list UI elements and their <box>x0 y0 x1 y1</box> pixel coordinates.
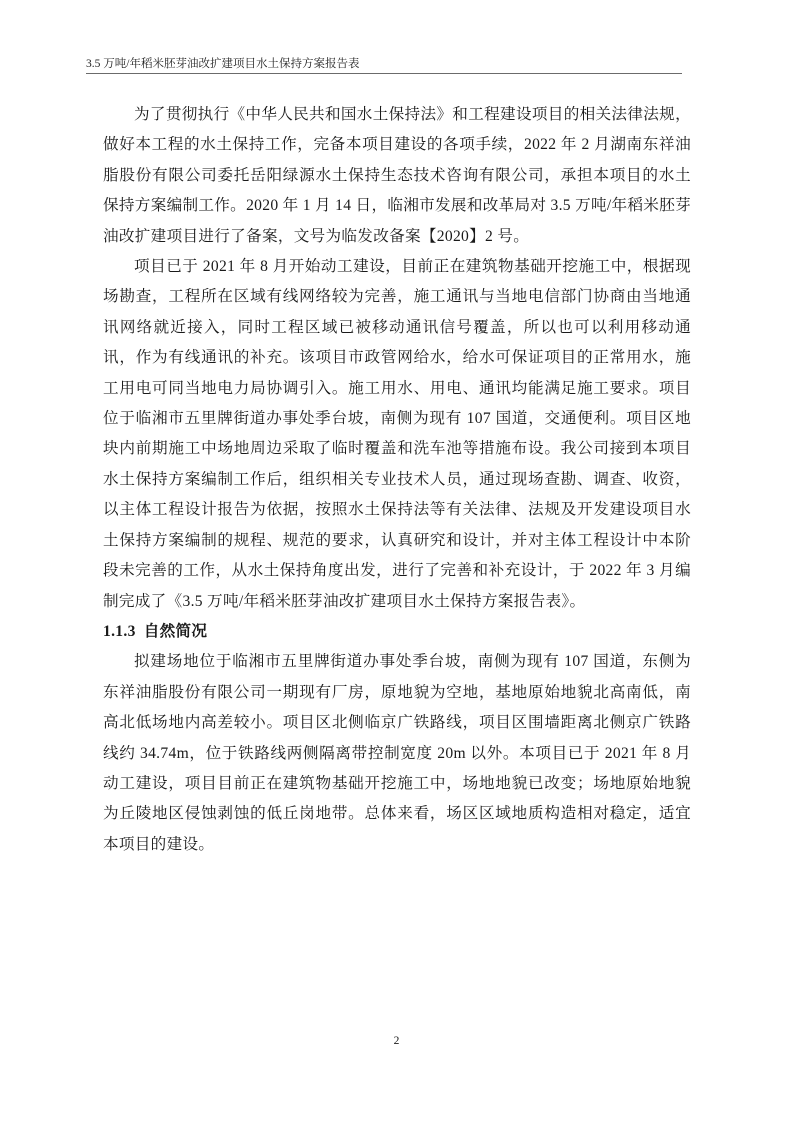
document-title: 3.5 万吨/年稻米胚芽油改扩建项目水土保持方案报告表 <box>86 58 359 70</box>
section-title: 自然简况 <box>144 623 208 640</box>
paragraph: 拟建场地位于临湘市五里牌街道办事处季台坡，南侧为现有 107 国道，东侧为东祥油… <box>103 647 691 860</box>
page-header: 3.5 万吨/年稻米胚芽油改扩建项目水土保持方案报告表 <box>86 52 682 74</box>
page-body: 为了贯彻执行《中华人民共和国水土保持法》和工程建设项目的相关法律法规，做好本工程… <box>103 100 691 860</box>
paragraph: 项目已于 2021 年 8 月开始动工建设，目前正在建筑物基础开挖施工中，根据现… <box>103 252 691 617</box>
section-heading: 1.1.3自然简况 <box>103 617 691 647</box>
page-number: 2 <box>0 1035 793 1047</box>
paragraph: 为了贯彻执行《中华人民共和国水土保持法》和工程建设项目的相关法律法规，做好本工程… <box>103 100 691 252</box>
section-number: 1.1.3 <box>103 623 136 640</box>
